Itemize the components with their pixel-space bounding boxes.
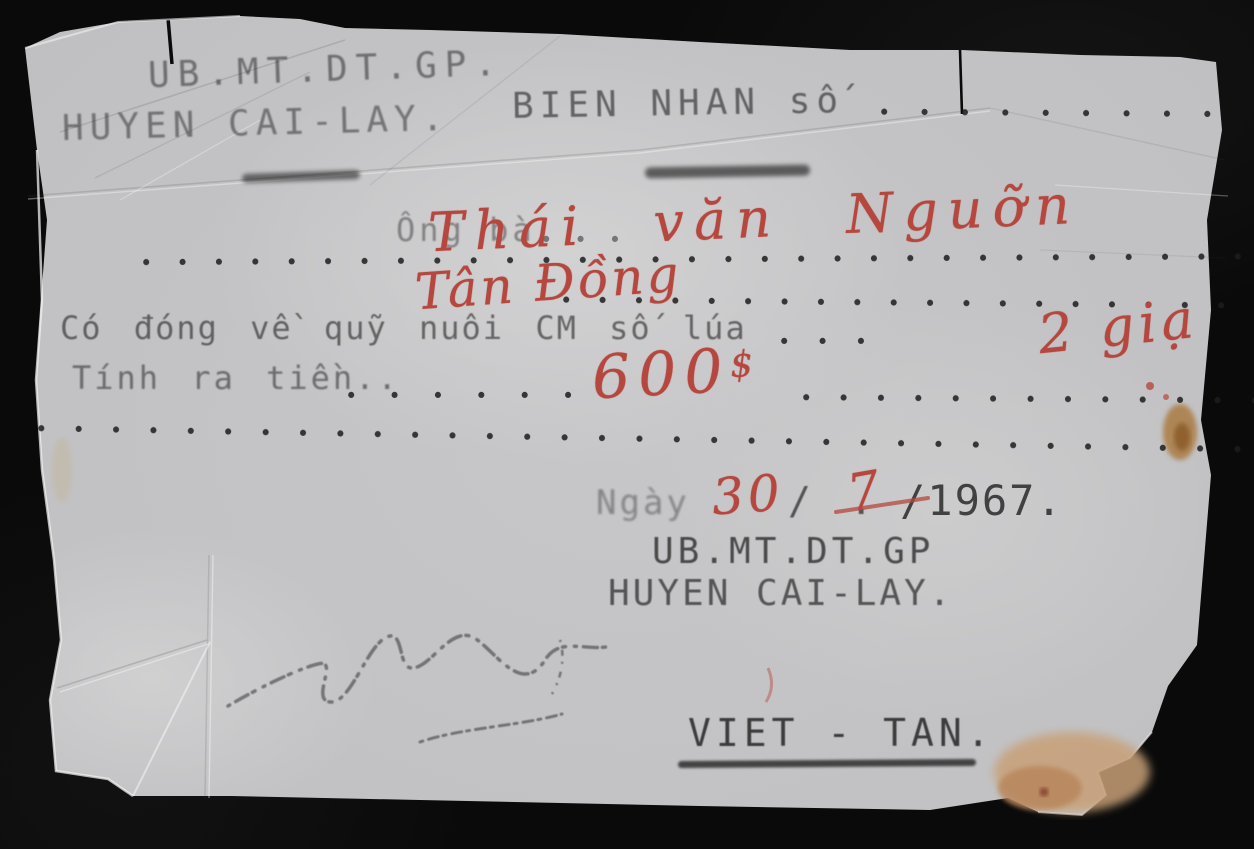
amount-value: 600$ <box>591 340 755 408</box>
contribution-dots: ••• <box>778 332 893 353</box>
contribution-line: Có đóng về quỹ nuôi CM số lúa <box>60 312 747 344</box>
receipt-scan: UB.MT.DT.GP. HUYEN CAI-LAY. BIEN NHAN số… <box>0 0 1254 849</box>
amount-number: 600 <box>590 336 732 413</box>
receipt-title: BIEN NHAN số <box>512 83 845 125</box>
header-org-line2: HUYEN CAI-LAY. <box>62 101 450 147</box>
date-year: /1967. <box>900 480 1064 522</box>
amount-dots-before: •••••• <box>345 386 605 407</box>
quantity-red: 2 giạ <box>1036 292 1201 362</box>
footer-org-line1: UB.MT.DT.GP <box>652 534 934 570</box>
date-day: 30 <box>710 468 785 523</box>
dots-row-1: •••••••••••••••••••••••••••••••••• <box>140 247 1254 274</box>
signer-name: VIET - TAN. <box>688 714 995 752</box>
date-label: Ngày <box>596 486 690 520</box>
amount-dots-after: ••••••••••••• <box>800 388 1254 412</box>
currency-sign: $ <box>729 344 754 386</box>
footer-org-line2: HUYEN CAI-LAY. <box>608 576 953 612</box>
receipt-number-dots: ••••••••• <box>878 103 1242 127</box>
